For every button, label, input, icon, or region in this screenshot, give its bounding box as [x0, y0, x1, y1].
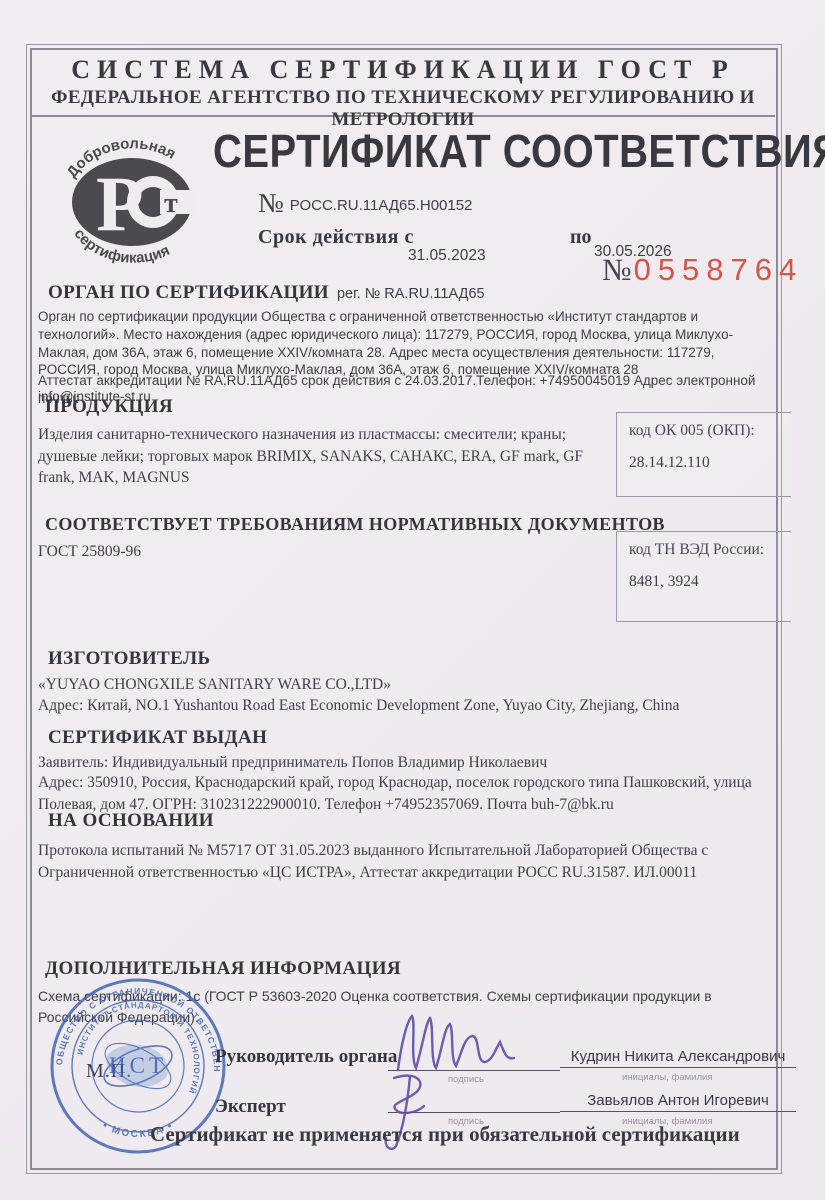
section-basis-heading: НА ОСНОВАНИИ	[48, 810, 214, 832]
issued-address: Адрес: 350910, Россия, Краснодарский кра…	[38, 772, 778, 815]
issued-applicant: Заявитель: Индивидуальный предпринимател…	[38, 752, 547, 774]
validity-to-label: по	[570, 226, 592, 249]
logo-letter-t: т	[164, 188, 178, 219]
basis-body: Протокола испытаний № М5717 ОТ 31.05.202…	[38, 840, 776, 883]
certificate-title: СЕРТИФИКАТ СООТВЕТСТВИЯ	[213, 126, 825, 179]
number-sign: №	[258, 188, 284, 218]
okp-code-label: код ОК 005 (ОКП):	[629, 422, 791, 440]
expert-name: Завьялов Антон Игоревич	[560, 1092, 796, 1112]
head-name: Кудрин Никита Александрович	[560, 1048, 796, 1068]
org-reg-number: рег. № RA.RU.11АД65	[337, 286, 485, 302]
tnved-code-box: код ТН ВЭД России: 8481, 3924	[616, 531, 791, 622]
okp-code-value: 28.14.12.110	[629, 454, 791, 472]
certificate-number-row: №РОСС.RU.11АД65.H00152	[258, 188, 472, 219]
rst-logo-icon: Добровольная т Р сертификация	[52, 118, 212, 276]
section-manufacturer-heading: ИЗГОТОВИТЕЛЬ	[48, 648, 210, 670]
okp-code-box: код ОК 005 (ОКП): 28.14.12.110	[616, 412, 791, 497]
certificate-number: РОСС.RU.11АД65.H00152	[290, 197, 473, 214]
head-name-caption: инициалы, фамилия	[622, 1072, 712, 1083]
org-heading-text: ОРГАН ПО СЕРТИФИКАЦИИ	[48, 282, 329, 303]
tnved-code-label: код ТН ВЭД России:	[629, 541, 791, 559]
blank-number-sign: №	[602, 252, 632, 287]
footer-note: Сертификат не применяется при обязательн…	[150, 1122, 680, 1147]
header-box: СИСТЕМА СЕРТИФИКАЦИИ ГОСТ Р ФЕДЕРАЛЬНОЕ …	[31, 49, 775, 117]
certificate-sheet: СИСТЕМА СЕРТИФИКАЦИИ ГОСТ Р ФЕДЕРАЛЬНОЕ …	[0, 0, 825, 1200]
section-org-heading: ОРГАН ПО СЕРТИФИКАЦИИрег. № RA.RU.11АД65	[48, 282, 485, 304]
stamp-center-text: ИСТ	[109, 1053, 167, 1078]
validity-date-from: 31.05.2023	[408, 247, 486, 265]
head-role-label: Руководитель органа	[215, 1046, 397, 1068]
logo-letter-r: Р	[96, 160, 144, 247]
section-production-heading: ПРОДУКЦИЯ	[45, 396, 173, 418]
validity-label: Срок действия с	[258, 226, 414, 249]
conformity-body: ГОСТ 25809-96	[38, 541, 141, 563]
expert-role-label: Эксперт	[215, 1096, 286, 1118]
section-issued-heading: СЕРТИФИКАТ ВЫДАН	[48, 727, 267, 749]
blank-number-digits: 0558764	[634, 252, 804, 287]
section-conformity-heading: СООТВЕТСТВУЕТ ТРЕБОВАНИЯМ НОРМАТИВНЫХ ДО…	[45, 514, 665, 535]
production-body: Изделия санитарно-технического назначени…	[38, 424, 606, 489]
org-body: Орган по сертификации продукции Общества…	[38, 308, 778, 379]
blank-number-row: №0558764	[602, 252, 803, 288]
tnved-code-value: 8481, 3924	[629, 573, 791, 591]
manufacturer-name: «YUYAO CHONGXILE SANITARY WARE CO.,LTD»	[38, 674, 391, 696]
manufacturer-address: Адрес: Китай, NO.1 Yushantou Road East E…	[38, 695, 679, 717]
system-title: СИСТЕМА СЕРТИФИКАЦИИ ГОСТ Р	[31, 55, 775, 85]
